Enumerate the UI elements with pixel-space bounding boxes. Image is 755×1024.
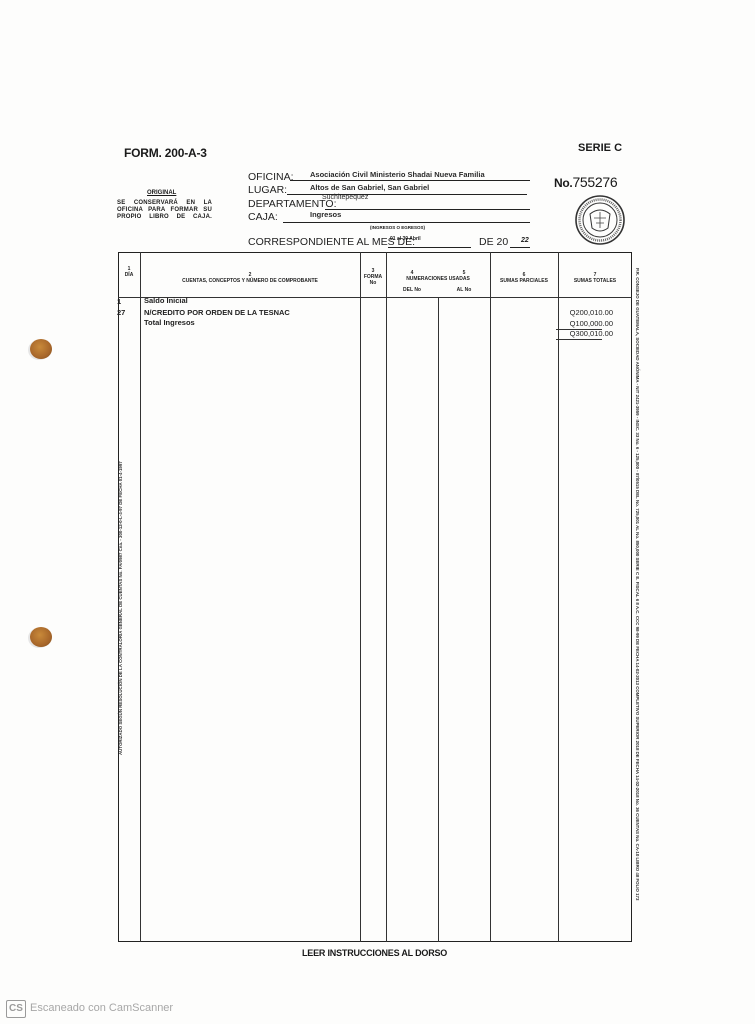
column-divider xyxy=(438,297,439,942)
original-title: ORIGINAL xyxy=(147,190,176,196)
oficina-label: OFICINA: xyxy=(248,171,294,183)
camscanner-logo-icon: CS xyxy=(6,1000,26,1018)
form-code: FORM. 200-A-3 xyxy=(124,146,207,160)
header-cuentas: 2CUENTAS, CONCEPTOS Y NÚMERO DE COMPROBA… xyxy=(140,272,360,284)
year-value: 22 xyxy=(521,237,529,244)
folio-number: No.755276 xyxy=(554,174,617,190)
caja-value: Ingresos xyxy=(310,210,341,219)
camscanner-watermark: Escaneado con CamScanner xyxy=(30,1002,173,1014)
lugar-value: Altos de San Gabriel, San Gabriel xyxy=(310,183,429,192)
row-dia: 27 xyxy=(117,308,125,317)
caja-label: CAJA: xyxy=(248,211,278,223)
row-suma-total: Q200,010.00 xyxy=(553,308,613,317)
row-suma-total: Q300,010.00 xyxy=(553,329,613,338)
printer-note: P.R. CONSEJO DE GUATEMALA, SOCIEDAD ANÓN… xyxy=(635,268,640,900)
departamento-value: Suchitepequez xyxy=(322,194,368,201)
folio-prefix: No. xyxy=(554,176,572,190)
header-numeraciones: 45 NUMERACIONES USADAS xyxy=(386,270,490,282)
original-note: SE CONSERVARÁ EN LA OFICINA PARA FORMAR … xyxy=(117,200,212,221)
row-concepto: Total Ingresos xyxy=(144,318,195,327)
header-divider xyxy=(118,297,632,298)
binder-hole xyxy=(30,339,52,359)
column-divider xyxy=(558,252,559,942)
lugar-label: LUGAR: xyxy=(248,184,287,196)
mes-value: 01 al 30 Abril xyxy=(390,236,421,242)
binder-hole xyxy=(30,627,52,647)
row-suma-total: Q100,000.00 xyxy=(553,319,613,328)
footer-instructions: LEER INSTRUCCIONES AL DORSO xyxy=(302,948,447,958)
year-label: DE 20 xyxy=(479,236,508,248)
header-sumas-parciales: 6SUMAS PARCIALES xyxy=(490,272,558,284)
column-divider xyxy=(360,252,361,942)
row-concepto: N/CREDITO POR ORDEN DE LA TESNAC xyxy=(144,308,290,317)
column-divider xyxy=(386,252,387,942)
folio-value: 755276 xyxy=(572,174,617,190)
header-al-no: AL No xyxy=(438,287,490,293)
authorization-note: AUTORIZADO SEGÚN RESOLUCIÓN DE LA CONTRA… xyxy=(118,461,123,755)
column-divider xyxy=(490,252,491,942)
header-forma: 3FORMANo xyxy=(360,268,386,286)
caja-hint: (INGRESOS O EGRESOS) xyxy=(370,225,425,230)
row-dia: 1 xyxy=(117,297,121,306)
column-divider xyxy=(140,252,141,942)
header-del-no: DEL No xyxy=(386,287,438,293)
serie-label: SERIE C xyxy=(578,142,622,154)
header-sumas-totales: 7SUMAS TOTALES xyxy=(558,272,632,284)
header-dia: 1DÍA xyxy=(118,266,140,278)
total-underline xyxy=(556,339,602,340)
oficina-value: Asociación Civil Ministerio Shadai Nueva… xyxy=(310,170,485,179)
official-seal-icon xyxy=(574,194,626,246)
cash-book-table xyxy=(118,252,632,942)
row-concepto: Saldo Inicial xyxy=(144,296,188,305)
